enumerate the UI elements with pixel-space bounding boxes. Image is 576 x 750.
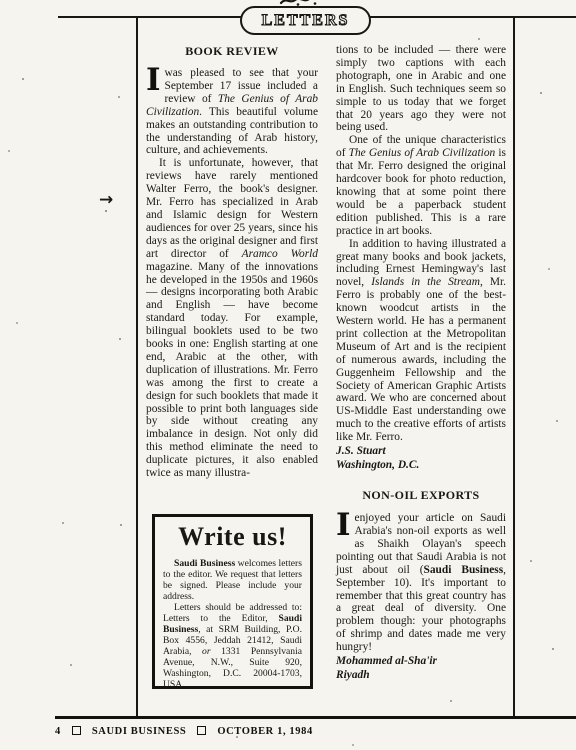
square-bullet-icon (197, 726, 206, 735)
write-us-paragraph: Saudi Business welcomes letters to the e… (163, 558, 302, 602)
section-heading-book-review: BOOK REVIEW (146, 44, 318, 58)
letter-text-segment: It is unfortunate, however, that reviews… (146, 157, 318, 259)
write-us-paragraph: Letters should be addressed to: Letters … (163, 602, 302, 690)
left-column-rule (136, 16, 138, 717)
letter-paragraph: Iwas pleased to see that your September … (146, 67, 318, 157)
letters-banner-label: LETTERS (262, 13, 350, 29)
signature-name: Mohammed al-Sha'ir (336, 655, 506, 668)
section-heading-non-oil-exports: NON-OIL EXPORTS (336, 488, 506, 502)
write-us-box: Write us! Saudi Business welcomes letter… (152, 514, 313, 689)
scanned-letters-page: { "page": { "paper_color": "#f6f4ee", "i… (0, 0, 576, 750)
bold-magazine-name: Saudi Business (174, 558, 235, 569)
italic-novel-title: Islands in the Stream (371, 276, 480, 288)
letter-text-segment: is that Mr. Ferro designed the original … (336, 147, 506, 236)
italic-book-title: The Genius of Arab Civilization (349, 147, 496, 159)
page-footer: 4 SAUDI BUSINESS OCTOBER 1, 1984 (55, 726, 313, 737)
arabic-calligraphy-icon (278, 0, 330, 8)
right-column-rule (513, 17, 515, 717)
letter-text-segment: magazine. Many of the innovations he dev… (146, 261, 318, 480)
dropcap-initial: I (146, 67, 165, 93)
footer-magazine-name: SAUDI BUSINESS (92, 726, 186, 737)
square-bullet-icon (72, 726, 81, 735)
italic-or: or (202, 646, 211, 657)
write-us-title: Write us! (163, 523, 302, 551)
letter-paragraph: It is unfortunate, however, that reviews… (146, 157, 318, 480)
letter-paragraph: In addition to having illustrated a grea… (336, 238, 506, 445)
letter-text-segment: , Mr. Ferro is probably one of the best-… (336, 276, 506, 443)
footer-issue-date: OCTOBER 1, 1984 (217, 726, 312, 737)
margin-arrow-marker: → (99, 190, 113, 210)
letter-text-segment: tions to be included — there were simply… (336, 44, 506, 133)
letter-paragraph: Ienjoyed your article on Saudi Arabia's … (336, 512, 506, 654)
scan-noise-specks (0, 0, 2, 2)
footer-page-number: 4 (55, 726, 61, 737)
footer-rule (55, 716, 576, 719)
right-column: tions to be included — there were simply… (336, 44, 506, 682)
letter-paragraph: One of the unique characteristics of The… (336, 134, 506, 237)
letter-paragraph: tions to be included — there were simply… (336, 44, 506, 134)
dropcap-initial: I (336, 512, 355, 538)
signature-name: J.S. Stuart (336, 445, 506, 458)
signature-place: Washington, D.C. (336, 459, 506, 472)
left-column: BOOK REVIEW Iwas pleased to see that you… (146, 44, 318, 480)
letter-text-segment: , September 10). It's important to remem… (336, 564, 506, 653)
italic-magazine-title: Aramco World (242, 248, 318, 260)
signature-place: Riyadh (336, 669, 506, 682)
letters-banner-oval: LETTERS (240, 6, 371, 35)
bold-magazine-name: Saudi Business (424, 564, 504, 576)
